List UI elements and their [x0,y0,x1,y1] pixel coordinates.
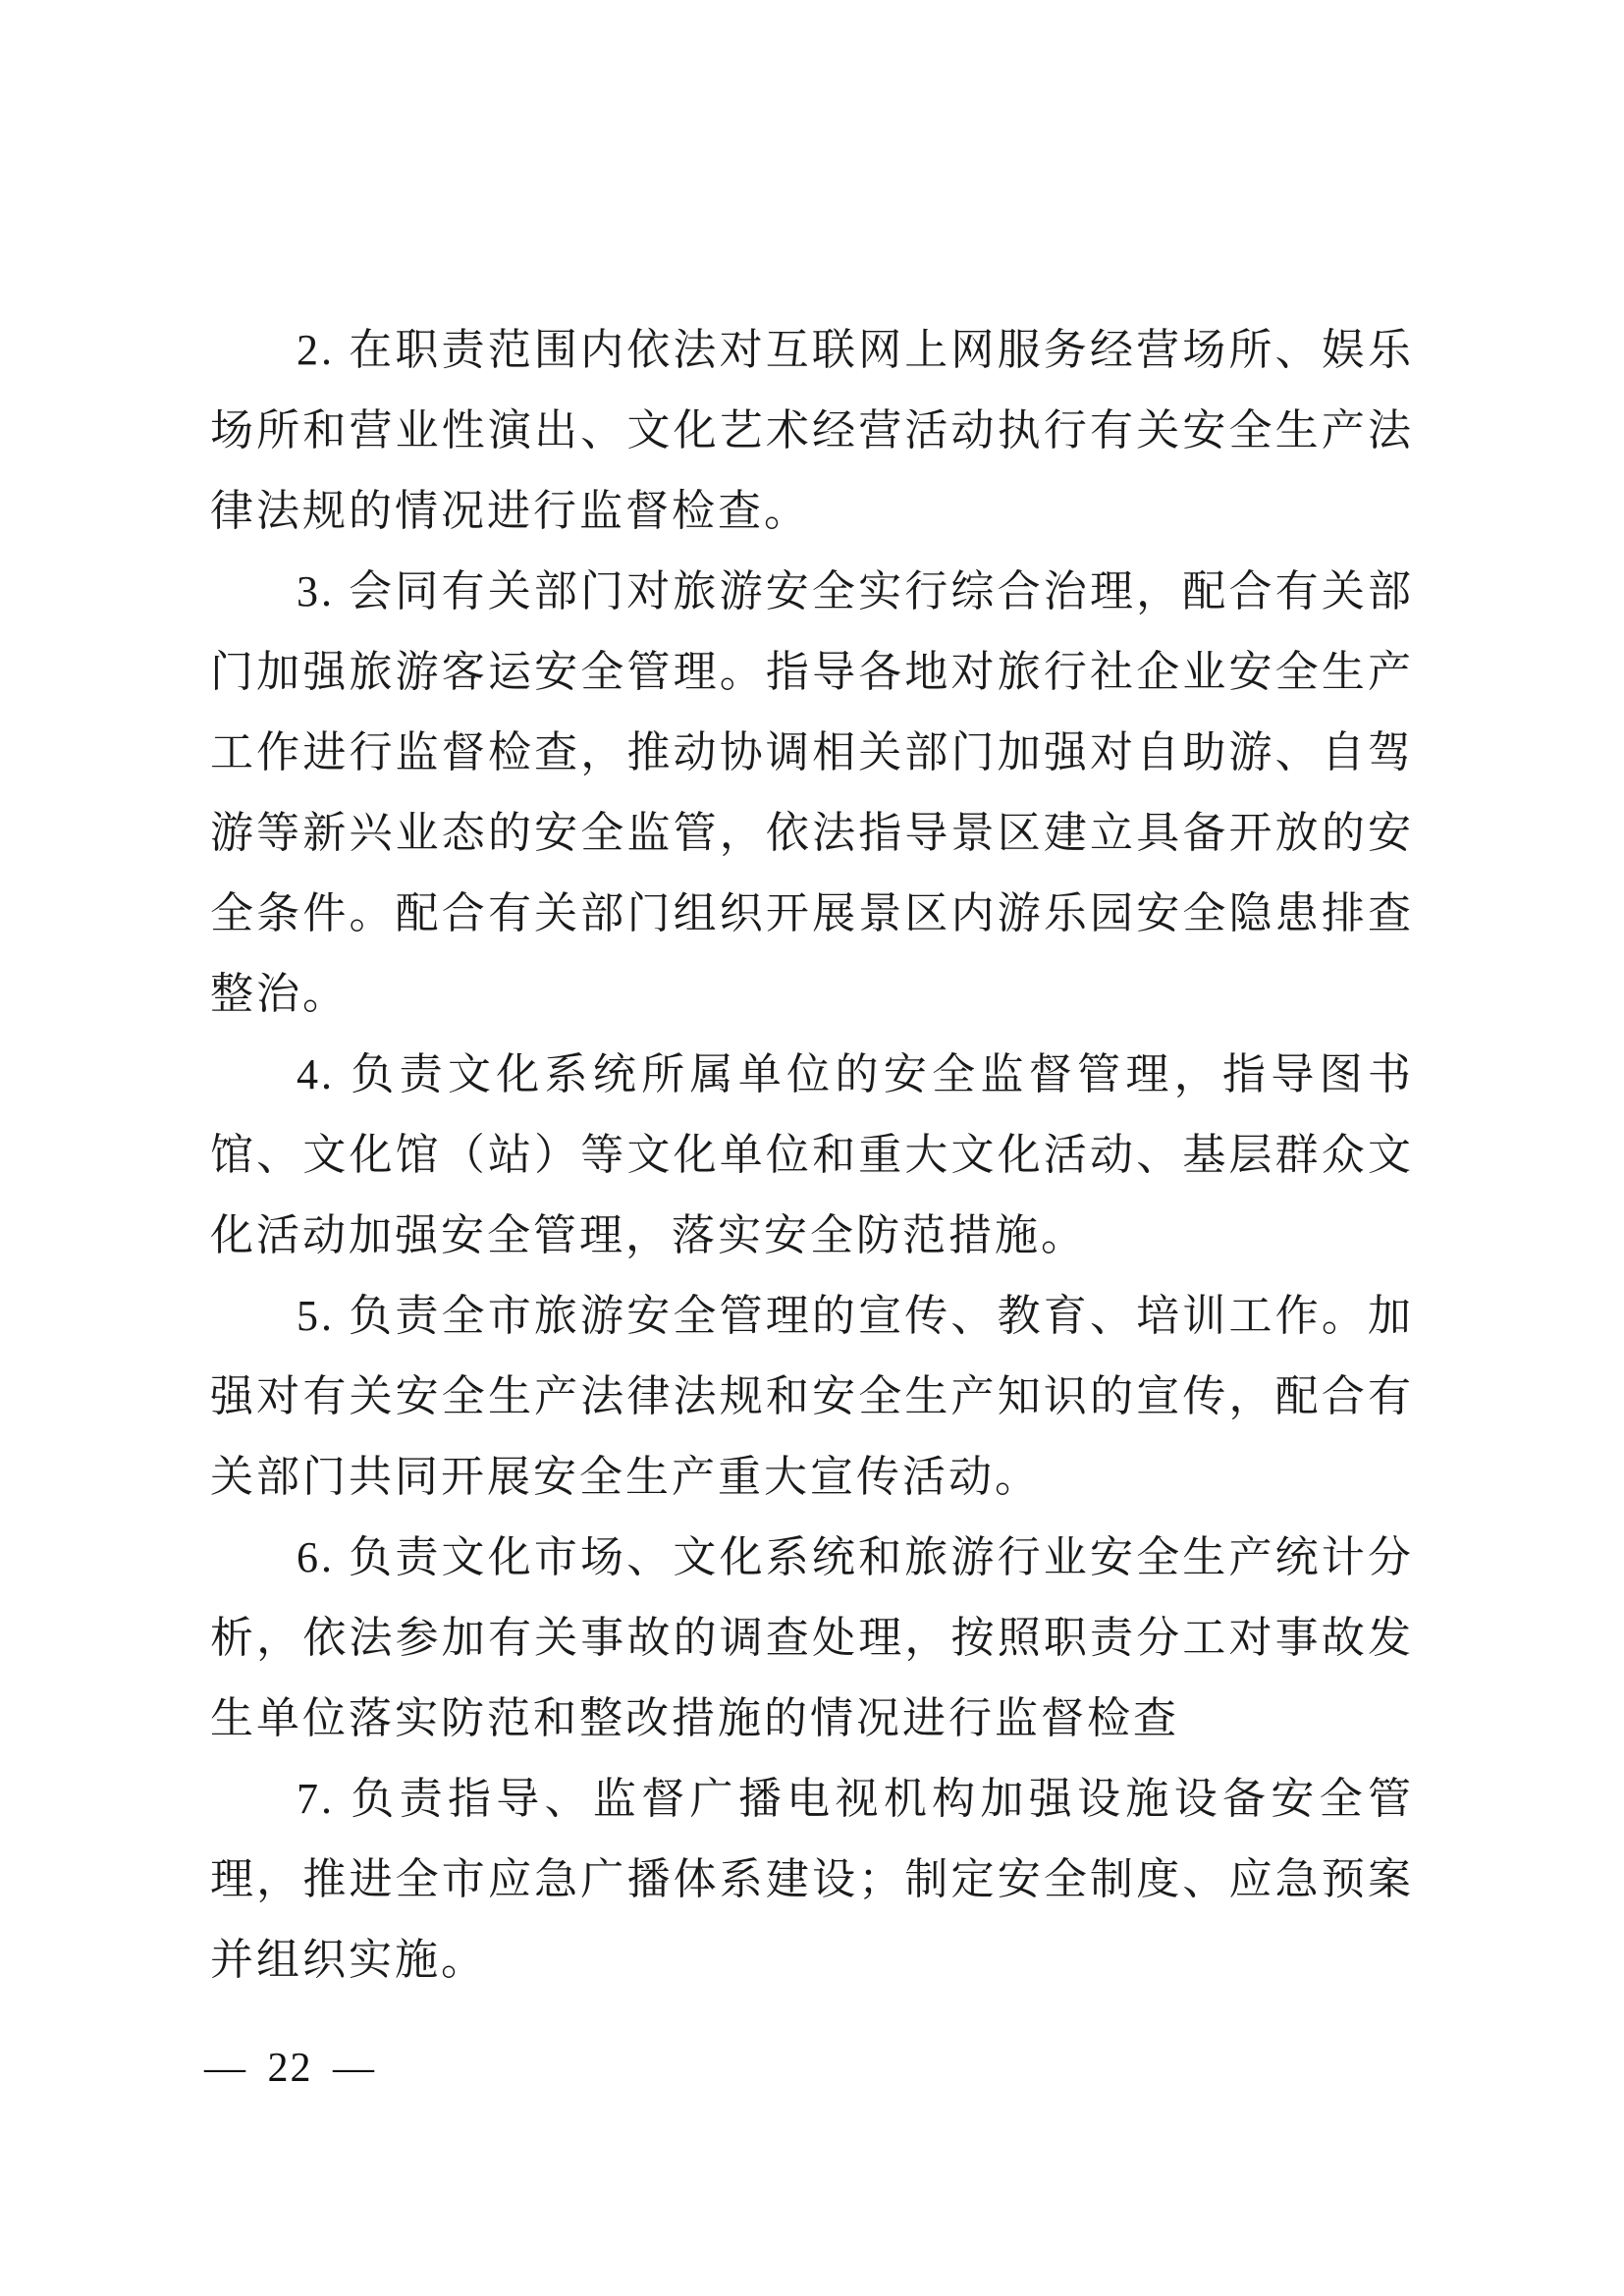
paragraph-3: 3. 会同有关部门对旅游安全实行综合治理，配合有关部门加强旅游客运安全管理。指导… [210,552,1414,1035]
page-number: — 22 — [204,2046,376,2091]
paragraph-6: 6. 负责文化市场、文化系统和旅游行业安全生产统计分析，依法参加有关事故的调查处… [210,1518,1414,1759]
paragraph-2: 2. 在职责范围内依法对互联网上网服务经营场所、娱乐场所和营业性演出、文化艺术经… [210,310,1414,552]
document-page: 2. 在职责范围内依法对互联网上网服务经营场所、娱乐场所和营业性演出、文化艺术经… [0,0,1624,2296]
page-footer: — 22 — [204,2044,376,2093]
paragraph-4: 4. 负责文化系统所属单位的安全监督管理，指导图书馆、文化馆（站）等文化单位和重… [210,1035,1414,1276]
body-text-block: 2. 在职责范围内依法对互联网上网服务经营场所、娱乐场所和营业性演出、文化艺术经… [210,310,1414,2001]
paragraph-7: 7. 负责指导、监督广播电视机构加强设施设备安全管理，推进全市应急广播体系建设；… [210,1759,1414,2001]
paragraph-5: 5. 负责全市旅游安全管理的宣传、教育、培训工作。加强对有关安全生产法律法规和安… [210,1276,1414,1518]
